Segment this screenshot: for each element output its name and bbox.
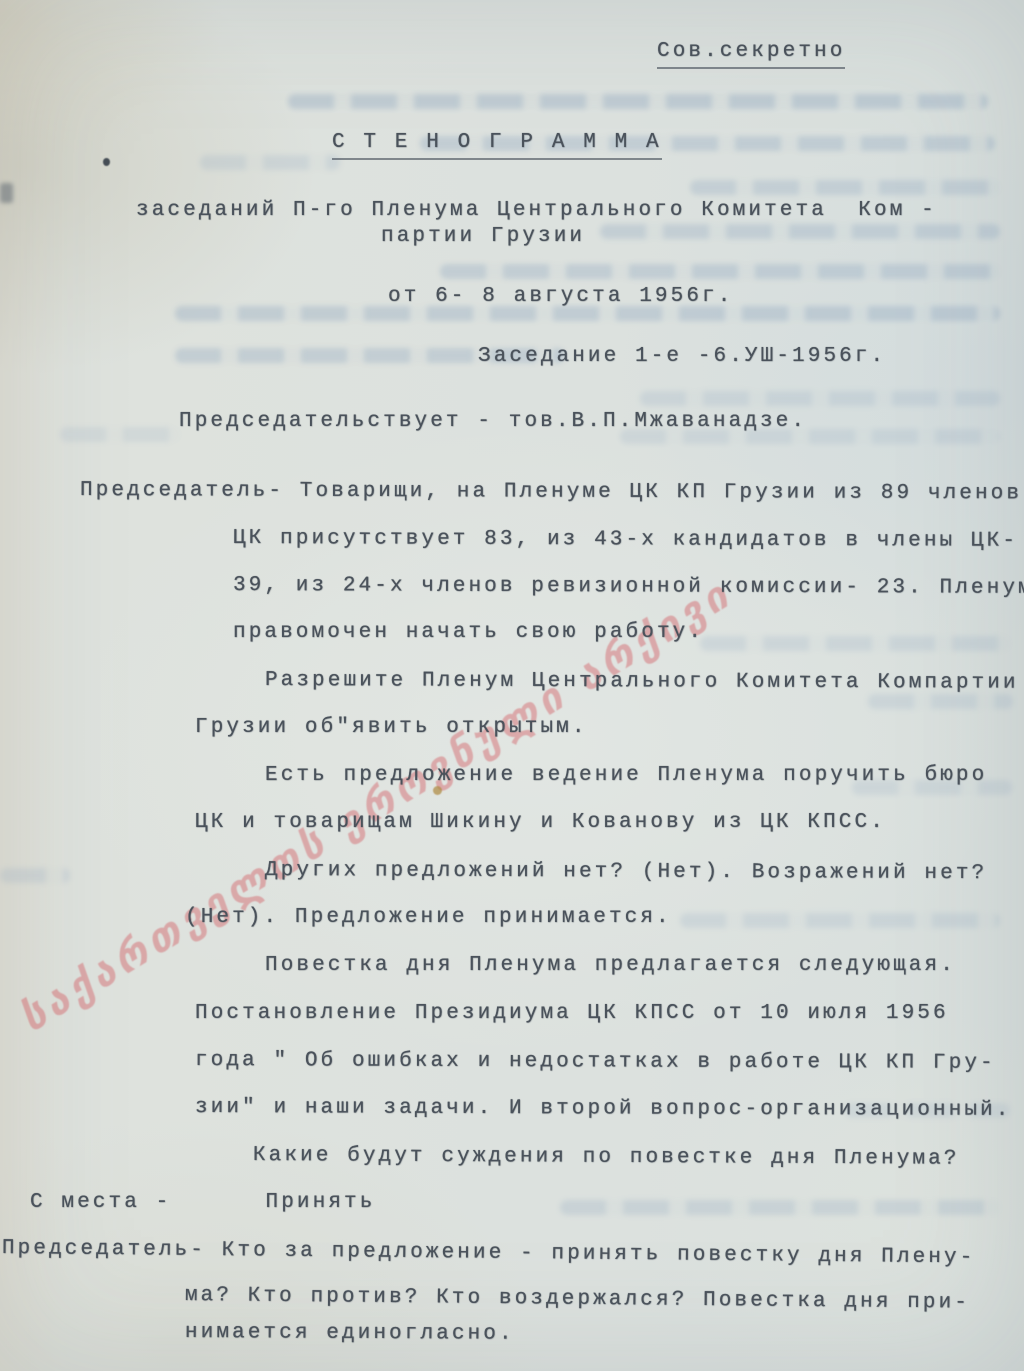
scanned-document-page: { "page": { "kind": "typewritten archiva… — [0, 0, 1024, 1371]
paper-fleck — [433, 786, 442, 795]
edge-smudge — [0, 183, 13, 203]
ink-dot — [103, 158, 110, 166]
artifact-layer — [0, 0, 1024, 1371]
